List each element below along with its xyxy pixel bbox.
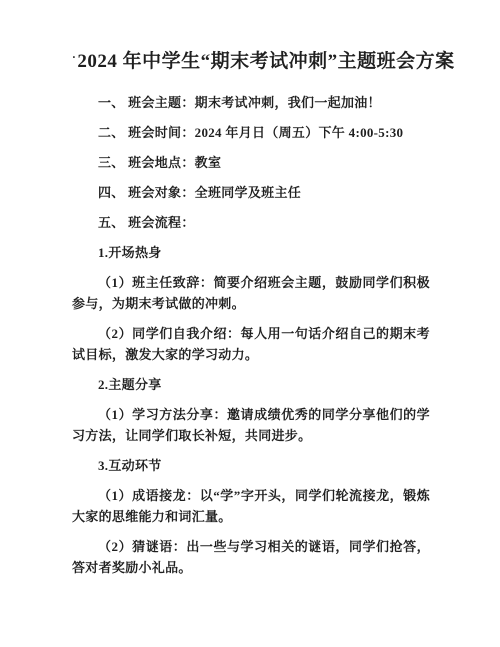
paragraph: （2）猜谜语：出一些与学习相关的谜语，同学们抢答，答对者奖励小礼品。: [72, 536, 430, 578]
title-mark: ·: [72, 45, 76, 72]
paragraph: 二、 班会时间：2024 年月日（周五）下午 4:00-5:30: [72, 122, 430, 143]
paragraph: 2.主题分享: [72, 374, 430, 395]
paragraph: 1.开场热身: [72, 242, 430, 263]
document-page: ·2024 年中学生“期末考试冲刺”主题班会方案 一、 班会主题：期末考试冲刺，…: [0, 0, 500, 647]
document-body: 一、 班会主题：期末考试冲刺，我们一起加油！二、 班会时间：2024 年月日（周…: [72, 92, 430, 578]
paragraph: （1）学习方法分享：邀请成绩优秀的同学分享他们的学习方法，让同学们取长补短，共同…: [72, 404, 430, 446]
paragraph: 3.互动环节: [72, 455, 430, 476]
paragraph: 三、 班会地点：教室: [72, 152, 430, 173]
document-title-text: 2024 年中学生“期末考试冲刺”主题班会方案: [77, 51, 454, 72]
document-title: ·2024 年中学生“期末考试冲刺”主题班会方案: [72, 48, 430, 78]
paragraph: 四、 班会对象：全班同学及班主任: [72, 182, 430, 203]
paragraph: （1）班主任致辞：简要介绍班会主题，鼓励同学们积极参与，为期末考试做的冲刺。: [72, 272, 430, 314]
paragraph: 一、 班会主题：期末考试冲刺，我们一起加油！: [72, 92, 430, 113]
paragraph: （1）成语接龙：以“学”字开头，同学们轮流接龙，锻炼大家的思维能力和词汇量。: [72, 485, 430, 527]
paragraph: 五、 班会流程：: [72, 212, 430, 233]
paragraph: （2）同学们自我介绍：每人用一句话介绍自己的期末考试目标，激发大家的学习动力。: [72, 323, 430, 365]
